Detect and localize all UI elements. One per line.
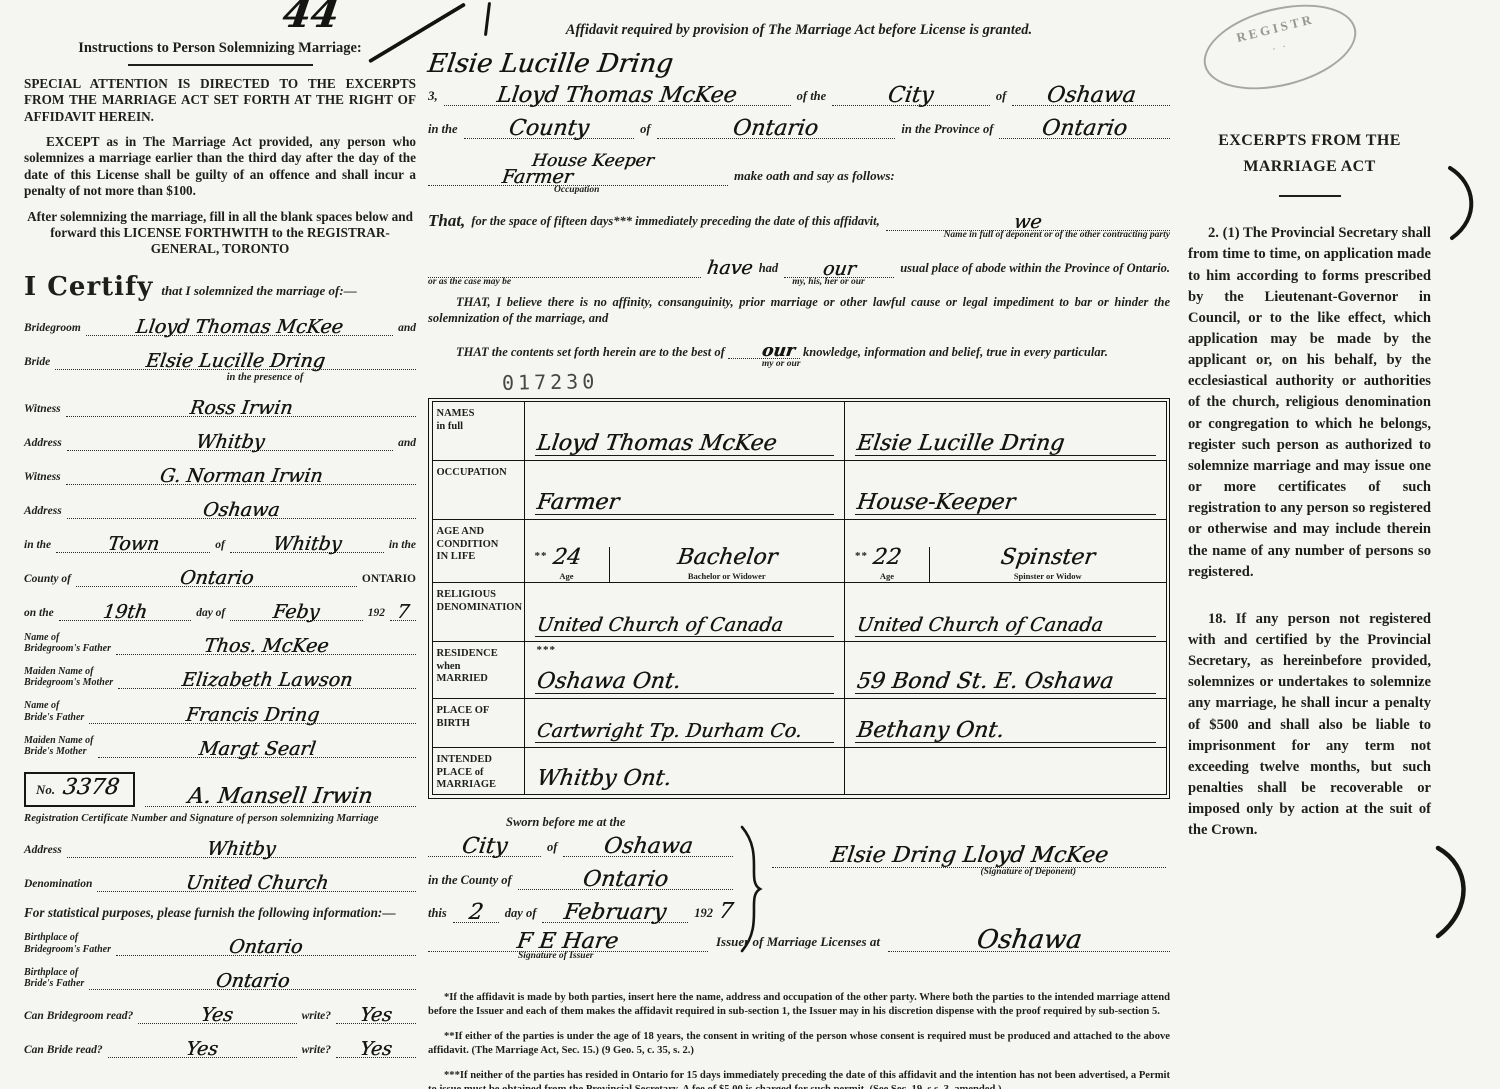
birthplace-bride-father-row: Birthplace of Bride's Father Ontario <box>24 967 416 990</box>
birthplace-bridegroom-father-entry: Ontario <box>116 933 416 956</box>
no-label: No. <box>36 782 55 800</box>
intended-place-bride-line <box>855 772 1156 790</box>
birthplace-bride-line: Bethany Ont. <box>855 720 1156 743</box>
that1-lead: That, <box>428 211 465 231</box>
birthplace-groom-line: Cartwright Tp. Durham Co. <box>535 722 835 743</box>
can-bride-read-entry: Yes <box>108 1035 297 1058</box>
deponent-signature: Elsie Dring Lloyd McKee <box>829 845 1109 867</box>
certify-word: I Certify <box>24 272 153 302</box>
intended-place-groom-value: Whitby Ont. <box>535 768 672 790</box>
occupation-bride-line: House-Keeper <box>855 492 1156 515</box>
birthplace-bride-father-entry: Ontario <box>89 967 416 990</box>
issuer-signature-entry: F E Hare Signature of Issuer <box>428 929 708 952</box>
day-of-label: day of <box>196 607 225 621</box>
witness2-row: Witness G. Norman Irwin <box>24 462 416 485</box>
can-bride-write-value: Yes <box>359 1040 394 1059</box>
of-label-c: of <box>996 89 1006 106</box>
address1-value: Whitby <box>194 433 265 452</box>
address2-label: Address <box>24 505 62 519</box>
particulars-table-inner: NAMES in full Lloyd Thomas McKee Elsie L… <box>432 401 1167 795</box>
except-paragraph: EXCEPT as in The Marriage Act provided, … <box>24 134 416 199</box>
had-word: had <box>759 261 778 278</box>
sworn-county-entry: Ontario <box>518 867 733 890</box>
deponent-signature-caption: (Signature of Deponent) <box>980 867 1076 877</box>
birthplace-bride-cell: Bethany Ont. <box>845 699 1166 747</box>
names-bride-value: Elsie Lucille Dring <box>855 433 1065 455</box>
intended-place-label: INTENDED PLACE of MARRIAGE <box>433 748 525 794</box>
occupation-label: OCCUPATION <box>433 461 525 519</box>
that1-line: That, for the space of fifteen days*** i… <box>428 208 1170 231</box>
bridegroom-father-label: Name of Bridegroom's Father <box>24 632 111 655</box>
witness2-label: Witness <box>24 471 61 485</box>
witness2-name: G. Norman Irwin <box>158 467 323 486</box>
condition-groom-caption: Bachelor or Widower <box>610 571 845 581</box>
sworn-left-block: Sworn before me at the City of Oshawa in… <box>428 815 733 923</box>
occupation-bride-cell: House-Keeper <box>845 461 1166 519</box>
solemnizer-address-row: Address Whitby <box>24 835 416 858</box>
age-bride-cell: ** 22 Age Spinster Spinster or Widow <box>845 520 1166 582</box>
witness1-name: Ross Irwin <box>188 399 293 418</box>
certificate-number-box: No. 3378 <box>24 772 135 807</box>
sworn-city-word: City <box>460 836 508 858</box>
sworn-caption: Sworn before me at the <box>506 815 733 830</box>
pen-curve-mark-upper <box>1444 160 1484 246</box>
sworn-this-label: this <box>428 906 447 923</box>
sworn-city-row: City of Oshawa <box>428 834 733 857</box>
birthplace-label: PLACE OF BIRTH <box>433 699 525 747</box>
age-groom-box: ** 24 Age <box>525 547 610 582</box>
province-label: in the Province of <box>901 122 993 139</box>
county-name: Ontario <box>732 118 820 140</box>
residence-bride-value: 59 Bond St. E. Oshawa <box>855 671 1114 693</box>
bride-mother-name: Margt Searl <box>198 740 317 759</box>
can-bride-read-label: Can Bride read? <box>24 1044 103 1058</box>
write-label: write? <box>302 1010 331 1024</box>
footnote-3: ***If neither of the parties has resided… <box>428 1069 1170 1089</box>
occupation-groom-cell: Farmer <box>525 461 846 519</box>
address2-value: Oshawa <box>202 501 281 520</box>
age-condition-label: AGE AND CONDITION IN LIFE <box>433 520 525 582</box>
birthplace-groom-value: Cartwright Tp. Durham Co. <box>535 722 803 741</box>
line-number: 3, <box>428 88 438 106</box>
religion-groom-cell: United Church of Canada <box>525 583 846 641</box>
our-entry: our my, his, her or our <box>784 255 894 278</box>
residence-groom-cell: *** Oshawa Ont. <box>525 642 846 698</box>
names-groom-value: Lloyd Thomas McKee <box>535 433 778 455</box>
after-solemnizing-paragraph: After solemnizing the marriage, fill in … <box>24 209 416 258</box>
can-bridegroom-read-row: Can Bridegroom read? Yes write? Yes <box>24 1001 416 1024</box>
residence-label: RESIDENCE when MARRIED <box>433 642 525 698</box>
pen-curve-mark-lower <box>1428 838 1476 948</box>
religion-bride-value: United Church of Canada <box>856 616 1105 635</box>
sworn-county-row: in the County of Ontario <box>428 867 733 890</box>
registration-caption: Registration Certificate Number and Sign… <box>24 812 416 824</box>
age-groom-wrap: ** 24 Age Bachelor Bachelor or Widower <box>525 547 845 582</box>
condition-groom-value: Bachelor <box>608 547 846 569</box>
that3-post: knowledge, information and belief, true … <box>803 345 1108 359</box>
sworn-month-entry: February <box>542 900 688 923</box>
names-groom-cell: Lloyd Thomas McKee <box>525 402 846 460</box>
birthplace-bride-value: Bethany Ont. <box>855 720 1005 742</box>
denomination-value: United Church <box>184 874 329 893</box>
city-word: City <box>887 85 935 107</box>
address2-row: Address Oshawa <box>24 496 416 519</box>
bridegroom-entry: Lloyd Thomas McKee <box>86 313 393 336</box>
bride-father-row: Name of Bride's Father Francis Dring <box>24 700 416 723</box>
bride-mother-row: Maiden Name of Bride's Mother Margt Sear… <box>24 735 416 758</box>
county-name-entry: Ontario <box>657 116 896 139</box>
county-word-entry: County <box>464 116 635 139</box>
bride-entry: Elsie Lucille Dring <box>55 347 416 370</box>
abode-text: usual place of abode within the Province… <box>900 261 1170 278</box>
age-bride-wrap: ** 22 Age Spinster Spinster or Widow <box>845 547 1166 582</box>
instructions-title: Instructions to Person Solemnizing Marri… <box>24 40 416 57</box>
on-the-label: on the <box>24 607 54 621</box>
year-value: 7 <box>396 603 411 622</box>
footnote-2: **If either of the parties is under the … <box>428 1030 1170 1058</box>
can-bridegroom-read-value: Yes <box>200 1006 235 1025</box>
in-the-label: in the <box>24 539 51 553</box>
intended-place-groom-line: Whitby Ont. <box>535 768 835 790</box>
sworn-section: Sworn before me at the City of Oshawa in… <box>428 815 1170 973</box>
certify-rest: that I solemnized the marriage of:— <box>161 283 356 299</box>
names-groom-line: Lloyd Thomas McKee <box>535 433 835 456</box>
bride-name: Elsie Lucille Dring <box>145 352 327 371</box>
address1-label: Address <box>24 437 62 451</box>
occupation-groom-value: Farmer <box>535 492 620 514</box>
of-the-label: of the <box>797 89 827 106</box>
footnote-1: *If the affidavit is made by both partie… <box>428 991 1170 1019</box>
address2-entry: Oshawa <box>67 496 416 519</box>
address1-row: Address Whitby and <box>24 428 416 451</box>
case-entry: or as the case may be <box>428 255 701 278</box>
birthplace-bridegroom-father-value: Ontario <box>228 938 304 957</box>
marriage-license-affidavit-form: 44 REGISTR · · Instructions to Person So… <box>0 0 1500 1089</box>
condition-groom-box: Bachelor Bachelor or Widower <box>610 547 845 582</box>
sworn-county-label: in the County of <box>428 873 512 890</box>
ontario-suffix: ONTARIO <box>362 573 416 587</box>
solemnizer-signature: A. Mansell Irwin <box>187 786 374 808</box>
intended-place-row: INTENDED PLACE of MARRIAGE Whitby Ont. <box>433 748 1166 794</box>
have-value: have <box>706 259 754 278</box>
residence-groom-line: Oshawa Ont. <box>535 671 835 694</box>
bridegroom-father-row: Name of Bridegroom's Father Thos. McKee <box>24 632 416 655</box>
serial-number-stamp: 017230 <box>502 369 599 395</box>
occupation-bride-value: House-Keeper <box>855 492 1016 514</box>
denomination-label: Denomination <box>24 878 92 892</box>
that3-caption: my or our <box>734 358 801 370</box>
age-groom-value: 24 <box>523 547 610 569</box>
religion-groom-value: United Church of Canada <box>535 616 784 635</box>
occupation-entry: House Keeper Farmer Occupation <box>428 153 728 186</box>
sworn-city-word-entry: City <box>428 834 541 857</box>
that3-pre: THAT the contents set forth herein are t… <box>456 345 725 359</box>
bride-father-name: Francis Dring <box>185 706 321 725</box>
names-row: NAMES in full Lloyd Thomas McKee Elsie L… <box>433 402 1166 461</box>
bridegroom-mother-name: Elizabeth Lawson <box>181 671 354 690</box>
party1-line: 3, Lloyd Thomas McKee of the City of Osh… <box>428 83 1170 106</box>
and-word-2: and <box>398 437 416 451</box>
bride-label: Bride <box>24 356 50 370</box>
bridegroom-mother-row: Maiden Name of Bridegroom's Mother Eliza… <box>24 666 416 689</box>
registrar-oval-stamp: REGISTR · · <box>1195 0 1365 104</box>
residence-row: RESIDENCE when MARRIED *** Oshawa Ont. 5… <box>433 642 1166 699</box>
day-entry: 19th <box>59 598 191 621</box>
issuer-signature-caption: Signature of Issuer <box>518 951 594 961</box>
city-name: Oshawa <box>1045 85 1137 107</box>
excerpts-section-2: 2. (1) The Provincial Secretary shall fr… <box>1188 223 1431 583</box>
presence-caption: in the presence of <box>114 372 416 383</box>
footnotes: *If the affidavit is made by both partie… <box>428 991 1170 1089</box>
age-caption-groom: Age <box>525 571 609 581</box>
county-row: County of Ontario ONTARIO <box>24 564 416 587</box>
bridegroom-mother-label: Maiden Name of Bridegroom's Mother <box>24 666 113 689</box>
abode-line: or as the case may be have had our my, h… <box>428 255 1170 278</box>
year-entry: 7 <box>390 598 416 621</box>
bride-mother-label: Maiden Name of Bride's Mother <box>24 735 93 758</box>
and-word: and <box>398 322 416 336</box>
names-label: NAMES in full <box>433 402 525 460</box>
condition-bride-value: Spinster <box>928 547 1167 569</box>
county-province-line: in the County of Ontario in the Province… <box>428 116 1170 139</box>
names-bride-cell: Elsie Lucille Dring <box>845 402 1166 460</box>
write-label-2: write? <box>302 1044 331 1058</box>
birthplace-bride-father-value: Ontario <box>215 972 291 991</box>
intended-place-groom-cell: Whitby Ont. <box>525 748 846 794</box>
issuer-signature: F E Hare <box>516 931 620 953</box>
that3-paragraph: THAT the contents set forth herein are t… <box>428 343 1170 360</box>
bridegroom-father-entry: Thos. McKee <box>116 632 416 655</box>
solemnizer-address-entry: Whitby <box>67 835 416 858</box>
age-bride-box: ** 22 Age <box>845 547 930 582</box>
town-row: in the Town of Whitby in the <box>24 530 416 553</box>
bride-mother-entry: Margt Searl <box>98 735 416 758</box>
intended-place-bride-cell <box>845 748 1166 794</box>
in-the-label-c: in the <box>428 122 458 139</box>
certify-heading: I Certify that I solemnized the marriage… <box>24 272 416 302</box>
year-prefix: 192 <box>368 607 385 621</box>
certificate-number: 3378 <box>62 777 121 799</box>
denomination-entry: United Church <box>97 869 416 892</box>
city-word-entry: City <box>832 83 990 106</box>
town-name-entry: Whitby <box>230 530 384 553</box>
party2-line: Elsie Lucille Dring <box>428 51 1170 77</box>
denomination-row: Denomination United Church <box>24 869 416 892</box>
issuer-row: F E Hare Signature of Issuer Issuer of M… <box>428 927 1170 952</box>
pronoun-caption: my, his, her or our <box>792 277 865 287</box>
day-value: 19th <box>102 603 149 622</box>
province-name: Ontario <box>1041 118 1129 140</box>
bride-father-label: Name of Bride's Father <box>24 700 84 723</box>
condition-bride-box: Spinster Spinster or Widow <box>930 547 1166 582</box>
deponent-signature-line: Elsie Dring Lloyd McKee (Signature of De… <box>772 845 1166 868</box>
party2-name: Elsie Lucille Dring <box>426 51 674 77</box>
bridegroom-father-name: Thos. McKee <box>202 637 329 656</box>
oath-text: make oath and say as follows: <box>734 168 895 186</box>
can-bridegroom-write-entry: Yes <box>336 1001 416 1024</box>
solemnizer-address-label: Address <box>24 844 62 858</box>
religion-bride-cell: United Church of Canada <box>845 583 1166 641</box>
sworn-city-name-entry: Oshawa <box>563 834 733 857</box>
occupation-line: House Keeper Farmer Occupation make oath… <box>428 153 1170 186</box>
can-bride-read-value: Yes <box>185 1040 220 1059</box>
occupation-stack: House Keeper Farmer <box>502 153 654 185</box>
sworn-year-value: 7 <box>717 901 734 923</box>
affidavit-title: Affidavit required by provision of The M… <box>428 22 1170 39</box>
age-caption-bride: Age <box>845 571 929 581</box>
excerpts-column: EXCERPTS FROM THE MARRIAGE ACT 2. (1) Th… <box>1188 128 1431 842</box>
religion-label: RELIGIOUS DENOMINATION <box>433 583 525 641</box>
religion-row: RELIGIOUS DENOMINATION United Church of … <box>433 583 1166 642</box>
bridegroom-mother-entry: Elizabeth Lawson <box>118 666 416 689</box>
issuer-place-entry: Oshawa <box>888 927 1170 952</box>
title-rule <box>128 64 313 66</box>
town-entry: Town <box>56 530 210 553</box>
party1-entry: Lloyd Thomas McKee <box>444 83 791 106</box>
bride-father-entry: Francis Dring <box>89 701 416 724</box>
sworn-year-prefix: 192 <box>694 906 713 923</box>
date-row: on the 19th day of Feby 192 7 <box>24 598 416 621</box>
issuer-place-value: Oshawa <box>975 927 1083 953</box>
bridegroom-name: Lloyd Thomas McKee <box>135 318 344 337</box>
county-entry: Ontario <box>76 564 357 587</box>
month-entry: Feby <box>230 598 362 621</box>
occupation-row: OCCUPATION Farmer House-Keeper <box>433 461 1166 520</box>
in-the-label-2: in the <box>389 539 416 553</box>
sworn-county-name: Ontario <box>581 869 669 891</box>
deponent-signature-block: Elsie Dring Lloyd McKee (Signature of De… <box>772 845 1166 868</box>
bridegroom-row: Bridegroom Lloyd Thomas McKee and <box>24 313 416 336</box>
affidavit-column: Affidavit required by provision of The M… <box>428 12 1170 1089</box>
residence-bride-line: 59 Bond St. E. Oshawa <box>855 671 1156 694</box>
bride-row: Bride Elsie Lucille Dring <box>24 347 416 370</box>
sworn-day-entry: 2 <box>453 900 499 923</box>
age-bride-value: 22 <box>843 547 930 569</box>
can-bridegroom-read-entry: Yes <box>138 1001 296 1024</box>
birthplace-row: PLACE OF BIRTH Cartwright Tp. Durham Co.… <box>433 699 1166 748</box>
of-label-c2: of <box>640 122 650 139</box>
sworn-date-row: this 2 day of February 192 7 <box>428 900 733 923</box>
sworn-day-of-label: day of <box>505 906 537 923</box>
certificate-number-row: No. 3378 A. Mansell Irwin <box>24 772 416 807</box>
birthplace-bride-father-label: Birthplace of Bride's Father <box>24 967 84 990</box>
can-bridegroom-read-label: Can Bridegroom read? <box>24 1010 133 1024</box>
address1-entry: Whitby <box>67 428 393 451</box>
occupation-groom-line: Farmer <box>535 492 835 515</box>
names-bride-line: Elsie Lucille Dring <box>855 433 1156 456</box>
town-value: Town <box>106 535 160 554</box>
can-bridegroom-write-value: Yes <box>359 1006 394 1025</box>
birthplace-bridegroom-father-label: Birthplace of Bridegroom's Father <box>24 932 111 955</box>
witness2-entry: G. Norman Irwin <box>66 462 416 485</box>
condition-bride-caption: Spinster or Widow <box>930 571 1166 581</box>
special-attention-paragraph: SPECIAL ATTENTION IS DIRECTED TO THE EXC… <box>24 76 416 125</box>
party1-name: Lloyd Thomas McKee <box>496 85 739 107</box>
religion-groom-line: United Church of Canada <box>535 616 835 637</box>
age-condition-row: AGE AND CONDITION IN LIFE ** 24 Age Bach… <box>433 520 1166 583</box>
county-value: Ontario <box>178 569 254 588</box>
that1-entry: we Name in full of deponent or of the ot… <box>886 208 1170 231</box>
sworn-city-name: Oshawa <box>602 836 694 858</box>
month-value: Feby <box>272 603 321 622</box>
solemnizer-address-value: Whitby <box>206 840 277 859</box>
solemnizer-signature-entry: A. Mansell Irwin <box>145 784 416 807</box>
statistical-intro: For statistical purposes, please furnish… <box>24 905 416 921</box>
county-label: County of <box>24 573 71 587</box>
residence-groom-value: Oshawa Ont. <box>535 671 682 693</box>
birthplace-bridegroom-father-row: Birthplace of Bridegroom's Father Ontari… <box>24 932 416 955</box>
case-caption: or as the case may be <box>428 277 511 287</box>
witness1-row: Witness Ross Irwin <box>24 394 416 417</box>
excerpts-title: EXCERPTS FROM THE MARRIAGE ACT <box>1188 128 1431 179</box>
bridegroom-label: Bridegroom <box>24 322 81 336</box>
county-word: County <box>507 118 590 140</box>
province-entry: Ontario <box>999 116 1170 139</box>
witness1-label: Witness <box>24 403 61 417</box>
sworn-month-value: February <box>563 902 668 924</box>
that3-entry: our my or our <box>728 343 800 359</box>
can-bride-read-row: Can Bride read? Yes write? Yes <box>24 1035 416 1058</box>
religion-bride-line: United Church of Canada <box>855 616 1156 637</box>
that2-paragraph: THAT, I believe there is no affinity, co… <box>428 294 1170 327</box>
of-label: of <box>215 539 225 553</box>
residence-bride-cell: 59 Bond St. E. Oshawa <box>845 642 1166 698</box>
residence-stars: *** <box>537 644 557 656</box>
handwritten-number-44: 44 <box>280 0 341 34</box>
excerpts-section-18: 18. If any person not registered with an… <box>1188 609 1431 842</box>
that1-text: for the space of fifteen days*** immedia… <box>471 214 879 231</box>
occupation-caption: Occupation <box>554 185 599 195</box>
sworn-day-value: 2 <box>467 902 484 924</box>
instructions-column: Instructions to Person Solemnizing Marri… <box>24 40 416 1058</box>
witness1-entry: Ross Irwin <box>66 394 416 417</box>
can-bride-write-entry: Yes <box>336 1035 416 1058</box>
excerpts-rule <box>1279 195 1341 197</box>
birthplace-groom-cell: Cartwright Tp. Durham Co. <box>525 699 846 747</box>
town-name-value: Whitby <box>271 535 342 554</box>
sworn-of-label: of <box>547 840 557 857</box>
particulars-table: NAMES in full Lloyd Thomas McKee Elsie L… <box>428 398 1170 799</box>
age-groom-cell: ** 24 Age Bachelor Bachelor or Widower <box>525 520 846 582</box>
city-name-entry: Oshawa <box>1012 83 1170 106</box>
issuer-label: Issuer of Marriage Licenses at <box>716 934 880 952</box>
that1-caption: Name in full of deponent or of the other… <box>944 230 1170 240</box>
